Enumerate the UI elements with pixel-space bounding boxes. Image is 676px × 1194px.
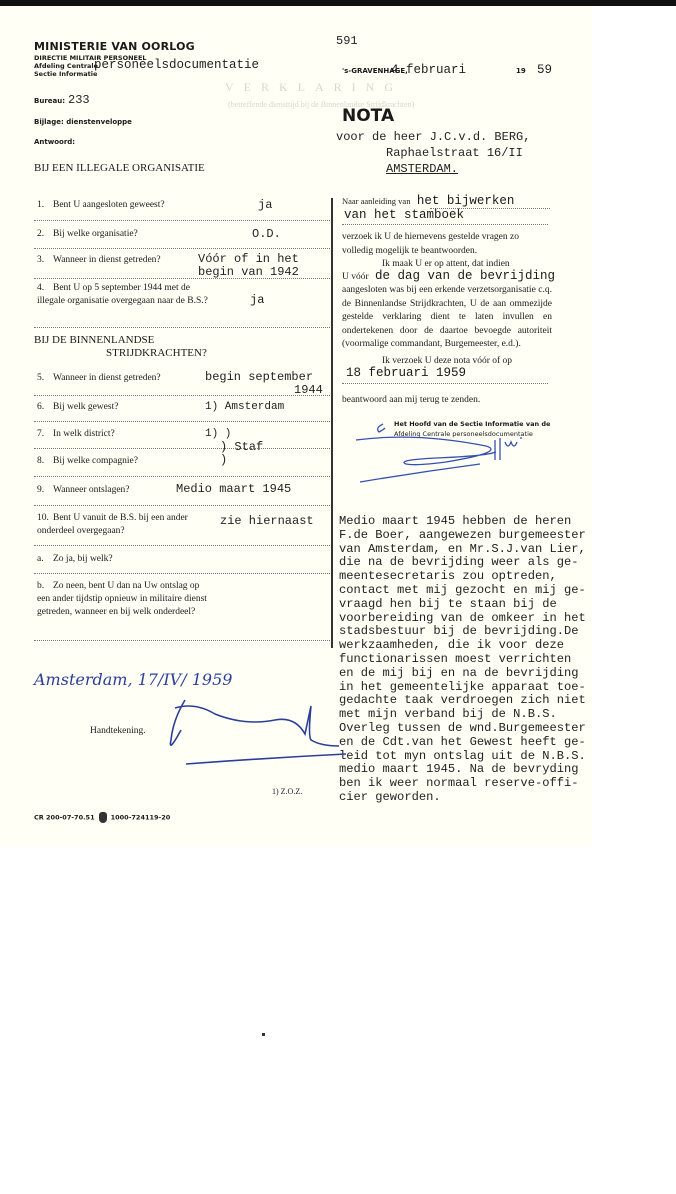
section-bs-1: BIJ DE BINNENLANDSE: [34, 334, 154, 346]
narrative-line: en de mij bij en na de bevrijding: [339, 667, 586, 681]
letter-u-voor: U vóór de dag van de bevrijding: [342, 270, 590, 285]
ghost-title: VERKLARING: [225, 80, 403, 95]
crest-icon: [99, 812, 107, 823]
answer-9: Medio maart 1945: [176, 482, 291, 496]
question-10: 10.Bent U vanuit de B.S. bij een ander o…: [37, 512, 213, 538]
address-line-1: voor de heer J.C.v.d. BERG,: [336, 130, 530, 145]
attachment-line: Bijlage: dienstenveloppe: [34, 118, 132, 126]
answer-7: 1) ): [205, 427, 231, 441]
rule: [34, 220, 330, 221]
question-3: 3.Wanneer in dienst getreden?: [37, 254, 207, 267]
narrative-line: leid tot myn ontslag uit de N.B.S.: [339, 750, 586, 764]
question-2: 2.Bij welke organisatie?: [37, 228, 217, 241]
address-line-3: AMSTERDAM.: [386, 162, 458, 177]
letter-paragraph-2: aangesloten was bij een erkende verzetso…: [342, 284, 552, 352]
answer-8: ): [220, 453, 227, 467]
narrative-line: voorbereiding van de omkeer in het: [339, 612, 586, 626]
signatory-line-2: Afdeling Centrale personeelsdocumentatie: [394, 429, 550, 439]
letter-deadline: 18 februari 1959: [346, 367, 594, 381]
answer-4: ja: [250, 293, 264, 307]
reply-label: Antwoord:: [34, 138, 75, 146]
column-divider: [331, 198, 333, 648]
narrative-line: die na de bevrijding weer als ge-: [339, 556, 586, 570]
form-footer: CR 200-07-70.511000-724119-20: [34, 812, 170, 823]
narrative-line: functionarissen moest verrichten: [339, 653, 586, 667]
letter-paragraph-3-end: beantwoord aan mij terug te zenden.: [342, 394, 590, 408]
question-5: 5.Wanneer in dienst getreden?: [37, 372, 217, 385]
narrative-line: meentesecretaris zou optreden,: [339, 570, 586, 584]
question-7: 7.In welk district?: [37, 428, 217, 441]
question-6: 6.Bij welk gewest?: [37, 401, 217, 414]
answer-7-8-staf: ) Staf: [220, 440, 263, 454]
signatory-line-1: Het Hoofd van de Sectie Informatie van d…: [394, 419, 550, 429]
letter-paragraph-1: verzoek ik U de hiernevens gestelde vrag…: [342, 231, 552, 258]
rule: [34, 545, 330, 546]
signatory-block: Het Hoofd van de Sectie Informatie van d…: [394, 419, 550, 439]
narrative-line: werkzaamheden, die ik voor deze: [339, 639, 586, 653]
narrative-line: in het gemeentelijke apparaat toe-: [339, 681, 586, 695]
nota-title: NOTA: [342, 106, 394, 126]
narrative-line: met mijn verband bij de N.B.S.: [339, 708, 586, 722]
signature-label: Handtekening.: [90, 726, 146, 736]
bureau-value: 233: [68, 93, 90, 107]
answer-2: O.D.: [252, 227, 281, 241]
question-1: 1.Bent U aangesloten geweest?: [37, 199, 217, 212]
rule: [34, 421, 330, 422]
letter-reason-2: van het stamboek: [344, 209, 592, 223]
rule: [34, 476, 330, 477]
dateline-year: 59: [537, 63, 552, 77]
narrative-line: cier geworden.: [339, 791, 586, 805]
narrative-line: ben ik weer normaal reserve-offi-: [339, 777, 586, 791]
zoz-note: 1) Z.O.Z.: [272, 787, 302, 796]
section-bs-2: STRIJDKRACHTEN?: [106, 347, 207, 359]
ministry-name: MINISTERIE VAN OORLOG: [34, 40, 195, 53]
answer-1: ja: [258, 198, 272, 212]
narrative-line: van Amsterdam, en Mr.S.J.van Lier,: [339, 543, 586, 557]
section-name: Sectie Informatie: [34, 70, 97, 78]
rule: [342, 224, 548, 225]
question-10a: a.Zo ja, bij welk?: [37, 553, 217, 566]
narrative-line: medio maart 1945. Na de bevryding: [339, 763, 586, 777]
narrative-line: Medio maart 1945 hebben de heren: [339, 515, 586, 529]
department-printed: Afdeling Centrale: [34, 62, 98, 70]
narrative-line: gedachte taak verdroegen zich niet: [339, 694, 586, 708]
narrative-line: Overleg tussen de wnd.Burgemeester: [339, 722, 586, 736]
rule: [34, 327, 330, 328]
section-illegal-org: BIJ EEN ILLEGALE ORGANISATIE: [34, 162, 205, 174]
narrative-line: vraagd hen bij te staan bij de: [339, 598, 586, 612]
bureau-label: Bureau:: [34, 97, 65, 105]
answer-10: zie hiernaast: [220, 514, 314, 528]
rule: [34, 278, 330, 279]
rule: [34, 640, 330, 641]
address-line-2: Raphaelstraat 16/II: [386, 146, 523, 161]
question-8: 8.Bij welke compagnie?: [37, 455, 217, 468]
page-number: 591: [336, 34, 358, 48]
narrative-text: Medio maart 1945 hebben de herenF.de Boe…: [339, 515, 586, 805]
scan-speck: [262, 1033, 265, 1036]
narrative-line: contact met mij gezocht en mij ge-: [339, 584, 586, 598]
handwritten-place-date: Amsterdam, 17/IV/ 1959: [34, 670, 232, 689]
dateline-date: 4 februari: [391, 63, 466, 77]
question-10b: b.Zo neen, bent U dan na Uw ontslag op e…: [37, 580, 213, 619]
narrative-line: F.de Boer, aangewezen burgemeester: [339, 529, 586, 543]
answer-5-line-1: begin september: [205, 370, 313, 384]
rule: [34, 573, 330, 574]
rule: [34, 248, 330, 249]
answer-6: 1) Amsterdam: [205, 400, 284, 414]
question-4: 4.Bent U op 5 september 1944 met de ille…: [37, 282, 213, 308]
rule: [34, 505, 330, 506]
answer-3-line-1: Vóór of in het: [198, 252, 299, 266]
department-typed: personeelsdocumentatie: [94, 58, 259, 72]
rule: [34, 395, 330, 396]
rule: [34, 448, 330, 449]
narrative-line: en de Cdt.van het Gewest heeft ge-: [339, 736, 586, 750]
rule: [342, 383, 548, 384]
narrative-line: stadsbestuur bij de bevrijding.De: [339, 625, 586, 639]
answer-3-line-2: begin van 1942: [198, 265, 299, 279]
dateline-year-prefix: 19: [516, 67, 526, 75]
